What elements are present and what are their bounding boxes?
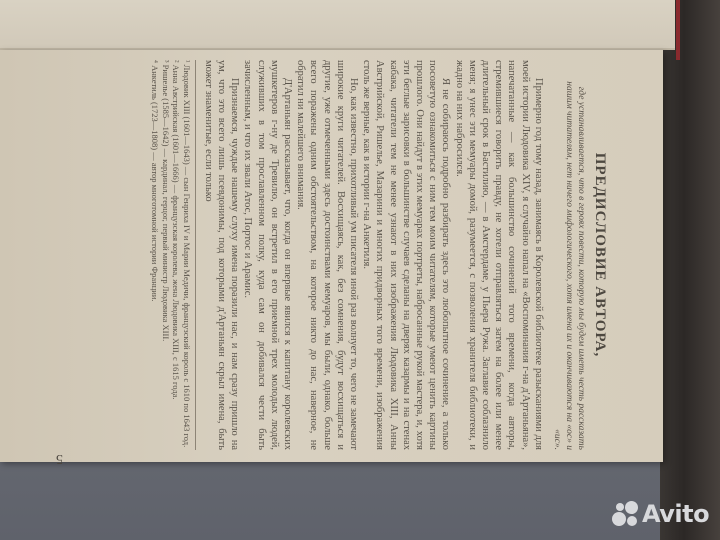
paragraph: Я не собираюсь подробно разбирать здесь … [360, 60, 452, 450]
facing-page-edge [0, 0, 675, 50]
page-text-block: ПРЕДИСЛОВИЕ АВТОРА, где устанавливается,… [110, 60, 610, 450]
page-content: ПРЕДИСЛОВИЕ АВТОРА, где устанавливается,… [110, 60, 610, 450]
footnote: ⁴ Анкетиль (1723—1808) — автор многотомн… [150, 60, 161, 450]
watermark-text: Avito [642, 500, 709, 528]
book-page: ПРЕДИСЛОВИЕ АВТОРА, где устанавливается,… [0, 50, 663, 462]
footnote: ² Анна Австрийская (1601—1666) — француз… [171, 60, 182, 450]
avito-watermark: Avito [612, 500, 709, 528]
avito-logo-icon [612, 501, 640, 527]
chapter-title: ПРЕДИСЛОВИЕ АВТОРА, [593, 60, 606, 450]
epigraph: где устанавливается, что в героях повест… [551, 60, 587, 450]
cover-red-edge [676, 0, 680, 60]
footnotes: ¹ Людовик XIII (1601—1643) — сын Генриха… [150, 60, 196, 450]
paragraph: Примерно год тому назад, занимаясь в Кор… [452, 60, 544, 450]
photo-scene: ПРЕДИСЛОВИЕ АВТОРА, где устанавливается,… [0, 0, 720, 540]
paragraph: Но, как известно, прихотливый ум писател… [294, 60, 360, 450]
book-cover [660, 0, 720, 540]
paragraph: Д'Артаньян рассказывает, что, когда он в… [241, 60, 294, 450]
page-number: 5 [56, 450, 63, 466]
footnote: ¹ Людовик XIII (1601—1643) — сын Генриха… [181, 60, 192, 450]
paragraph: Признаемся, чуждые нашему слуху имена по… [202, 60, 242, 450]
footnote: ³ Ришелье (1585—1642) — кардинал, герцог… [160, 60, 171, 450]
